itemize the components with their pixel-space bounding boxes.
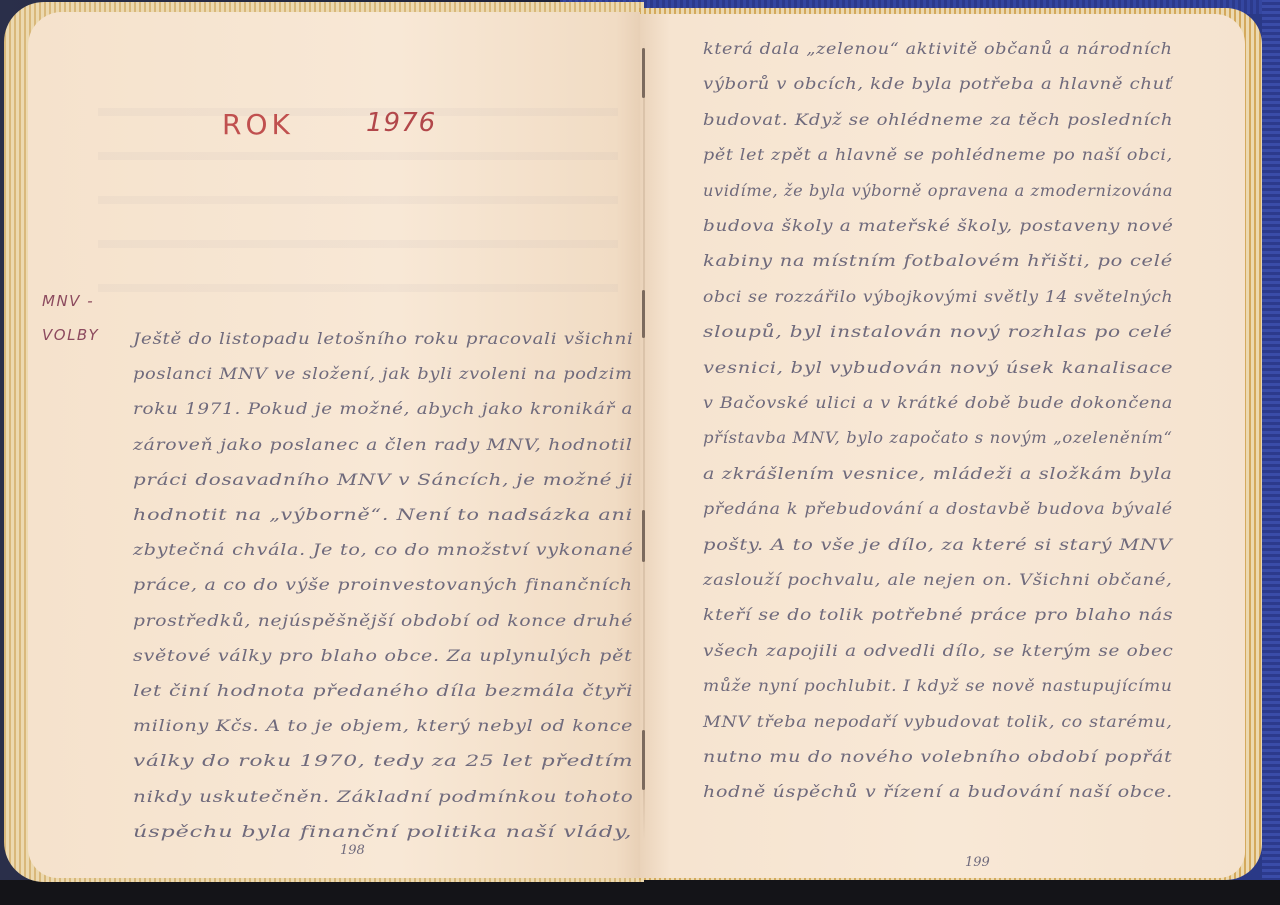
text-line: světové války pro blaho obce. Za uplynul…	[133, 647, 633, 665]
page-number-right: 199	[965, 855, 990, 870]
text-line: hodně úspěchů v řízení a budování naší o…	[703, 783, 1173, 801]
page-title-year: 1976	[366, 108, 436, 138]
text-line: uvidíme, že byla výborně opravena a zmod…	[703, 182, 1173, 200]
page-title: ROK	[222, 108, 294, 141]
text-line: v Bačovské ulici a v krátké době bude do…	[703, 394, 1173, 412]
margin-note-line2: VOLBY	[42, 326, 99, 344]
text-line: předána k přebudování a dostavbě budova …	[703, 500, 1173, 518]
text-line: budova školy a mateřské školy, postaveny…	[703, 217, 1174, 235]
text-line: miliony Kčs. A to je objem, který nebyl …	[133, 717, 633, 735]
text-line: obci se rozzářilo výbojkovými světly 14 …	[703, 288, 1173, 306]
page-number-left: 198	[340, 843, 365, 858]
text-line: úspěchu byla finanční politika naší vlád…	[133, 823, 632, 841]
text-line: může nyní pochlubit. I když se nově nast…	[703, 677, 1173, 695]
text-line: sloupů, byl instalován nový rozhlas po c…	[703, 323, 1173, 341]
cover-cloth-right	[1262, 0, 1280, 905]
text-line: budovat. Když se ohlédneme za těch posle…	[703, 111, 1173, 129]
text-line: výborů v obcích, kde byla potřeba a hlav…	[703, 75, 1173, 93]
text-line: poslanci MNV ve složení, jak byli zvolen…	[133, 365, 633, 383]
text-line: přístavba MNV, bylo započato s novým „oz…	[703, 429, 1173, 447]
text-line: zároveň jako poslanec a člen rady MNV, h…	[133, 436, 633, 454]
table-shadow	[0, 880, 1280, 905]
text-line: Ještě do listopadu letošního roku pracov…	[133, 330, 634, 348]
text-line: prostředků, nejúspěšnější období od konc…	[133, 612, 633, 630]
text-line: let činí hodnota předaného díla bezmála …	[133, 682, 633, 700]
text-line: a zkrášlením vesnice, mládeži a složkám …	[703, 465, 1173, 483]
margin-note-line1: MNV -	[42, 292, 94, 310]
text-line: nikdy uskutečněn. Základní podmínkou toh…	[133, 788, 634, 806]
text-line: všech zapojili a odvedli dílo, se kterým…	[703, 642, 1174, 660]
text-line: pět let zpět a hlavně se pohlédneme po n…	[703, 146, 1173, 164]
text-line: války do roku 1970, tedy za 25 let předt…	[133, 752, 633, 770]
text-line: kabiny na místním fotbalovém hřišti, po …	[703, 252, 1173, 270]
text-line: nutno mu do nového volebního období popř…	[703, 748, 1173, 766]
text-line: práci dosavadního MNV v Sáncích, je možn…	[133, 471, 633, 489]
binding-stitch	[642, 290, 645, 338]
text-line: roku 1971. Pokud je možné, abych jako kr…	[133, 400, 633, 418]
text-line: hodnotit na „výborně“. Není to nadsázka …	[133, 506, 633, 524]
text-line: MNV třeba nepodaří vybudovat tolik, co s…	[703, 713, 1173, 731]
text-line: která dala „zelenou“ aktivitě občanů a n…	[703, 40, 1173, 58]
text-line: zaslouží pochvalu, ale nejen on. Všichni…	[703, 571, 1173, 589]
text-line: pošty. A to vše je dílo, za které si sta…	[703, 536, 1172, 554]
text-line: zbytečná chvála. Je to, co do množství v…	[133, 541, 634, 559]
book-gutter	[643, 40, 645, 840]
text-line: práce, a co do výše proinvestovaných fin…	[133, 576, 633, 594]
text-line: kteří se do tolik potřebné práce pro bla…	[703, 606, 1173, 624]
binding-stitch	[642, 48, 645, 98]
binding-stitch	[642, 510, 645, 562]
text-line: vesnici, byl vybudován nový úsek kanalis…	[703, 359, 1173, 377]
binding-stitch	[642, 730, 645, 790]
show-through-text	[98, 72, 618, 312]
